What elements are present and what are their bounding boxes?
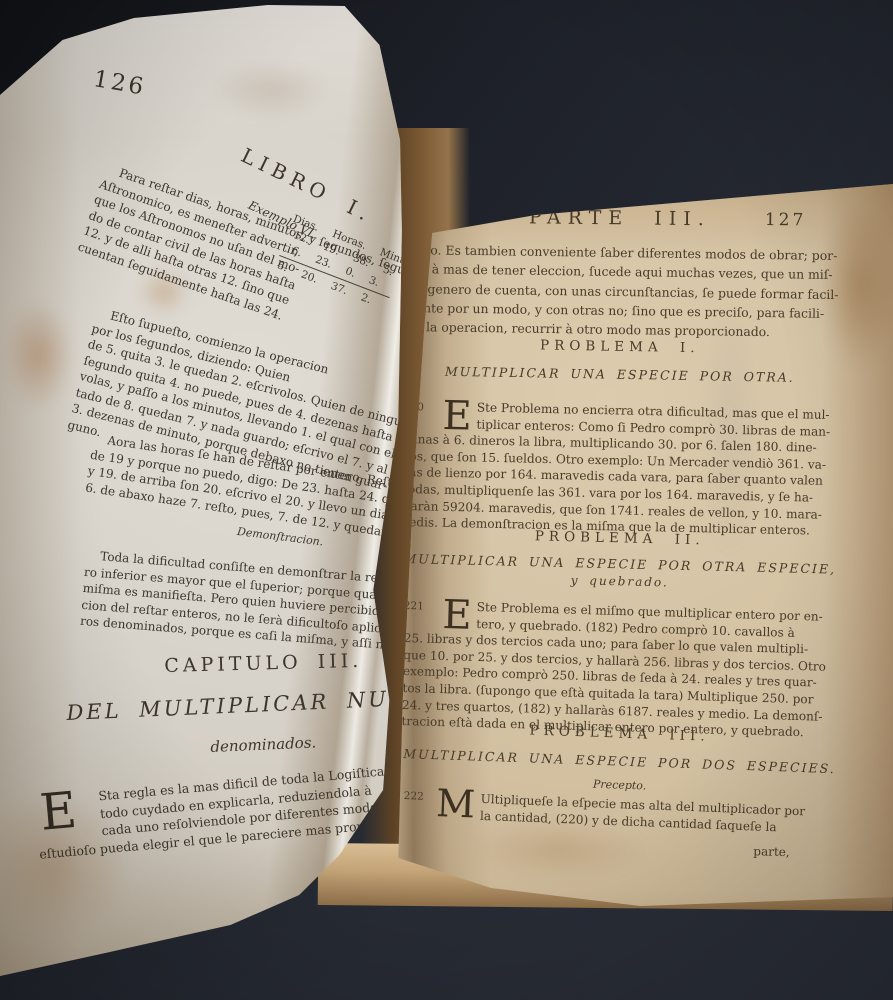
page-number-left: 126 xyxy=(91,66,148,101)
chapter-heading: CAPITULO III. xyxy=(164,650,363,677)
chapter-subtitle: denominados. xyxy=(210,733,317,756)
problema-3-subtitle: MULTIPLICAR UNA ESPECIE POR DOS ESPECIES… xyxy=(401,746,837,776)
book-photo-scene: 126 LIBRO I. Exemplo VI. Para reſtar dia… xyxy=(0,0,893,1000)
page-number-right: 127 xyxy=(765,210,807,230)
paragraph-220: Ste Problema no encierra otra dificultad… xyxy=(402,398,830,540)
problema-1-subtitle: MULTIPLICAR UNA ESPECIE POR OTRA. xyxy=(402,363,838,386)
paragraph-esta-regla: Sta regla es la mas dificil de toda la L… xyxy=(34,762,389,862)
catchword: parte, xyxy=(460,836,790,859)
paragraph-gusto: guſto. Es tambien conveniente ſaber dife… xyxy=(404,240,839,343)
